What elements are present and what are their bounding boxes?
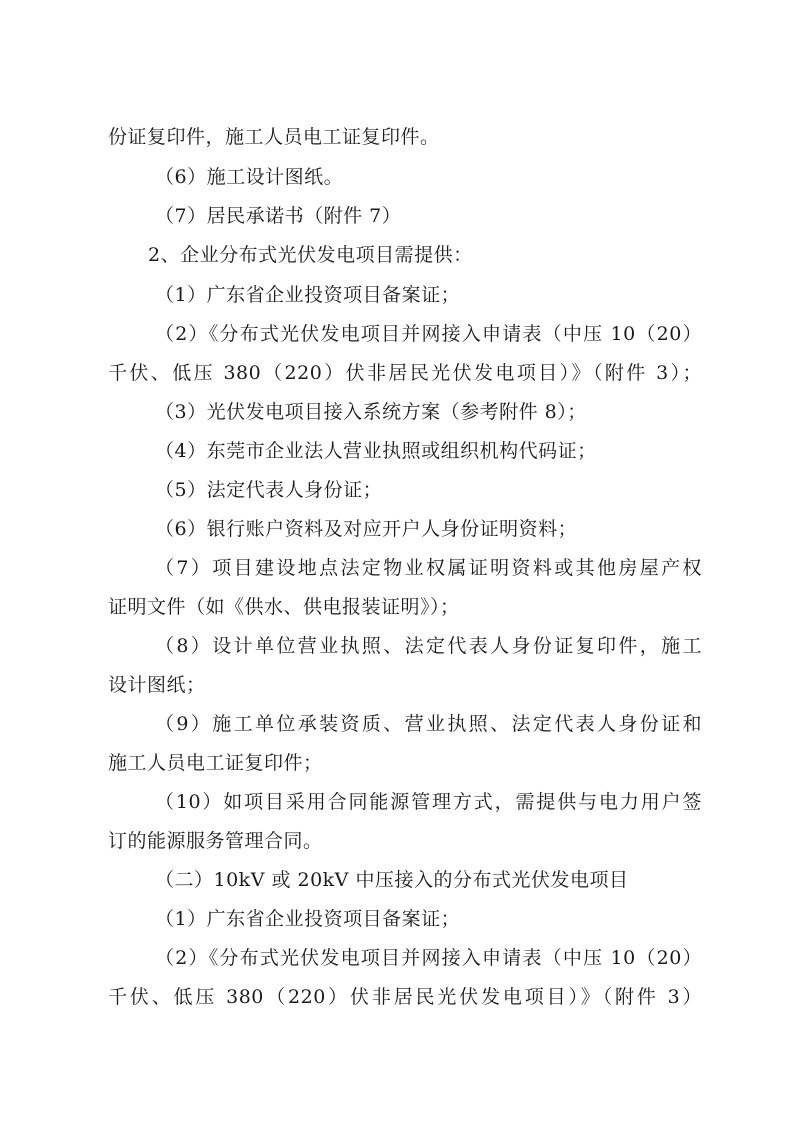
- text-line: 千伏、低压 380（220）伏非居民光伏发电项目）》（附件 3）；: [108, 354, 702, 392]
- text-line: （3）光伏发电项目接入系统方案（参考附件 8）；: [155, 393, 702, 431]
- text-line: （5）法定代表人身份证；: [155, 471, 702, 509]
- section-heading: （二）10kV 或 20kV 中压接入的分布式光伏发电项目: [155, 861, 702, 899]
- text-line: 施工人员电工证复印件；: [108, 744, 702, 782]
- text-line: （1）广东省企业投资项目备案证；: [155, 900, 702, 938]
- text-line: 证明文件（如《供水、供电报装证明》）；: [108, 588, 702, 626]
- text-line: （6）银行账户资料及对应开户人身份证明资料；: [155, 510, 702, 548]
- text-line: 千伏、低压 380（220）伏非居民光伏发电项目）》（附件 3）: [108, 978, 702, 1016]
- text-line: （4）东莞市企业法人营业执照或组织机构代码证；: [155, 432, 702, 470]
- text-line: （7）项目建设地点法定物业权属证明资料或其他房屋产权: [155, 549, 702, 587]
- text-line: （9）施工单位承装资质、营业执照、法定代表人身份证和: [155, 705, 702, 743]
- section-heading: 2、企业分布式光伏发电项目需提供：: [148, 236, 702, 274]
- text-line: 份证复印件，施工人员电工证复印件。: [108, 118, 702, 156]
- text-line: （2）《分布式光伏发电项目并网接入申请表（中压 10（20）: [155, 939, 702, 977]
- text-line: （1）广东省企业投资项目备案证；: [155, 276, 702, 314]
- text-line: （8）设计单位营业执照、法定代表人身份证复印件，施工: [155, 627, 702, 665]
- text-line: 订的能源服务管理合同。: [108, 822, 702, 860]
- text-line: 设计图纸；: [108, 666, 702, 704]
- text-line: （10）如项目采用合同能源管理方式，需提供与电力用户签: [155, 783, 702, 821]
- text-line: （7）居民承诺书（附件 7）: [155, 197, 702, 235]
- text-line: （2）《分布式光伏发电项目并网接入申请表（中压 10（20）: [155, 315, 702, 353]
- text-line: （6）施工设计图纸。: [155, 158, 702, 196]
